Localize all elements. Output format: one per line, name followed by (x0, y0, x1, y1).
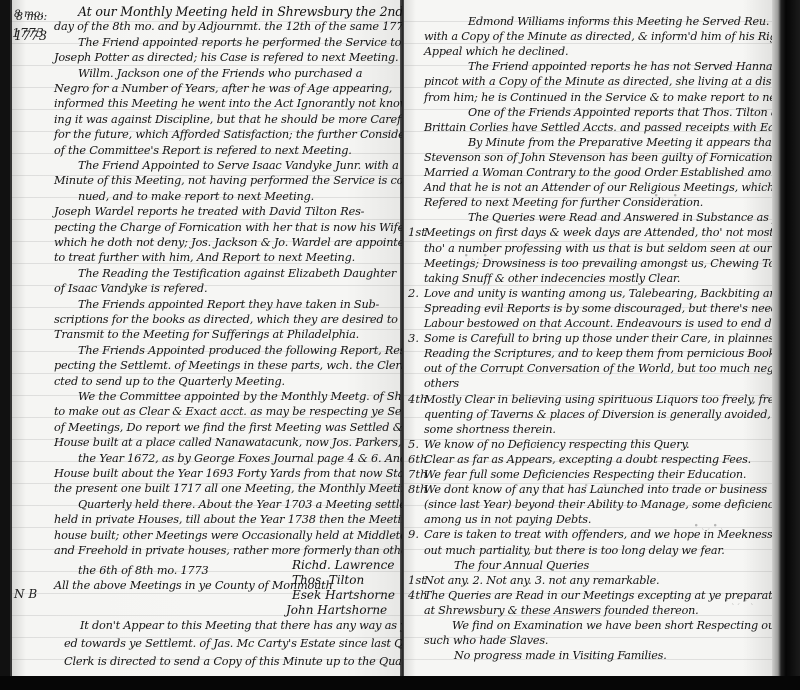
text-line: pecting the Charge of Fornication with h… (54, 220, 402, 236)
left-page-text: At our Monthly Meeting held in Shrewsbur… (10, 0, 402, 676)
signature: Esek Hartshorne (292, 588, 395, 602)
text-line: And that he is not an Attender of our Re… (424, 180, 772, 196)
text-line: Joseph Wardel reports he treated with Da… (54, 204, 364, 220)
text-line: Negro for a Number of Years, after he wa… (54, 81, 392, 97)
bleed-through-marks: ∙ ˎ ˏ ∙ ˎ (704, 60, 733, 71)
signature: Thos. Tilton (292, 573, 364, 587)
bleed-through-marks: ∙ ˎ ˏ ∙ ˎ (584, 480, 613, 491)
text-line: to make out as Clear & Exact acct. as ma… (54, 404, 402, 420)
text-line: Brittain Corlies have Settled Accts. and… (424, 120, 772, 136)
text-line: We the Committee appointed by the Monthl… (78, 389, 402, 405)
text-line: scriptions for the books as directed, wh… (54, 312, 398, 328)
text-line: The Friends appointed Report they have t… (78, 297, 379, 313)
bleed-through-marks: ∙ ˎ ˏ ∙ ˎ (654, 190, 683, 201)
text-line: Quarterly held there. About the Year 170… (78, 497, 402, 513)
text-line: Mostly Clear in believing using spirituo… (424, 392, 772, 408)
text-line: ing it was against Discipline, but that … (54, 112, 402, 128)
text-line: pecting the Settlemt. of Meetings in the… (54, 358, 402, 374)
query-number: 4th (408, 392, 427, 406)
text-line: No progress made in Visiting Families. (454, 648, 667, 664)
text-line: the Year 1672, as by George Foxes Journa… (78, 451, 402, 467)
text-line: Meetings on first days & week days are A… (424, 225, 772, 241)
query-number: 1st (408, 573, 426, 587)
text-line: By Minute from the Preparative Meeting i… (468, 135, 772, 151)
text-line: Joseph Potter as directed; his Case is r… (54, 50, 398, 66)
text-line: It don't Appear to this Meeting that the… (80, 618, 402, 634)
text-line: such who hade Slaves. (424, 633, 548, 649)
text-line: Transmit to the Meeting for Sufferings a… (54, 327, 359, 343)
text-line: Appeal which he declined. (424, 44, 568, 60)
text-line: The four Annual Queries (454, 558, 589, 574)
text-line: One of the Friends Appointed reports tha… (468, 105, 772, 121)
text-line: day of the 8th mo. and by Adjournmt. the… (54, 19, 402, 35)
text-line: quenting of Taverns & places of Diversio… (424, 407, 772, 423)
page-edge-right (772, 0, 800, 690)
text-line: informed this Meeting he went into the A… (54, 96, 402, 112)
query-number: 2. (408, 286, 419, 300)
text-line: held in private Houses, till about the Y… (54, 512, 402, 528)
text-line: Married a Woman Contrary to the good Ord… (424, 165, 772, 181)
text-line: House built about the Year 1693 Forty Ya… (54, 466, 402, 482)
query-number: 8th (408, 482, 427, 496)
text-line: Labour bestowed on that Account. Endeavo… (424, 316, 772, 332)
query-number: 6th (408, 452, 427, 466)
text-line: some shortness therein. (424, 422, 556, 438)
text-line: among us in not paying Debts. (424, 512, 591, 528)
query-number: 7th (408, 467, 427, 481)
text-line: cted to send up to the Quarterly Meeting… (54, 374, 285, 390)
text-line: Clear as far as Appears, excepting a dou… (424, 452, 751, 468)
right-page-text: Edmond Williams informs this Meeting he … (404, 0, 772, 676)
text-line: out of the Corrupt Conversation of the W… (424, 361, 772, 377)
text-line: to treat further with him, And Report to… (54, 250, 355, 266)
text-line: The Friends Appointed produced the follo… (78, 343, 402, 359)
text-line: nued, and to make report to next Meeting… (78, 189, 314, 205)
query-number: 1st (408, 225, 426, 239)
query-number: 3. (408, 331, 419, 345)
text-line: the 6th of 8th mo. 1773 (78, 563, 209, 579)
text-line: Spreading evil Reports is by some discou… (424, 301, 772, 317)
text-line: We find on Examination we have been shor… (452, 618, 772, 634)
text-line: pincot with a Copy of the Minute as dire… (424, 74, 772, 90)
text-line: Stevenson son of John Stevenson has been… (424, 150, 772, 166)
text-line: The Friend appointed reports he performe… (78, 35, 401, 51)
query-number: 9. (408, 527, 419, 541)
text-line: out much partiality, but there is too lo… (424, 543, 725, 559)
text-line: Love and unity is wanting among us, Tale… (424, 286, 772, 302)
text-line: We know of no Deficiency respecting this… (424, 437, 689, 453)
text-line: others (424, 376, 459, 392)
signature: John Hartshorne (286, 603, 387, 617)
text-line: at Shrewsbury & these Answers founded th… (424, 603, 698, 619)
bleed-through-marks: ∙ ˎ ˏ ∙ ˎ (694, 520, 723, 531)
text-line: Some is Carefull to bring up those under… (424, 331, 772, 347)
margin-note-nb: N B (14, 588, 37, 601)
text-line: of Meetings, Do report we find the first… (54, 420, 402, 436)
text-line: Edmond Williams informs this Meeting he … (468, 14, 772, 30)
margin-date: 1773 (12, 26, 44, 39)
text-line: All the above Meetings in ye County of M… (54, 578, 333, 594)
text-line: ed towards ye Settlemt. of Jas. Mc Carty… (64, 636, 402, 652)
page-edge-bottom (0, 676, 800, 690)
text-line: Willm. Jackson one of the Friends who pu… (78, 66, 362, 82)
bleed-through-marks: ∙ ˎ ˏ ∙ ˎ (464, 250, 493, 261)
text-line: Reading the Scriptures, and to keep them… (424, 346, 772, 362)
text-line: taking Snuff & other indecencies mostly … (424, 271, 680, 287)
signature: Richd. Lawrence (292, 558, 394, 572)
text-line: for the future, which Afforded Satisfact… (54, 127, 402, 143)
bleed-through-marks: ∙ ˎ ˏ ∙ ˎ (724, 595, 753, 606)
text-line: At our Monthly Meeting held in Shrewsbur… (78, 4, 402, 20)
text-line: Clerk is directed to send a Copy of this… (64, 654, 402, 670)
text-line: House built at a place called Nanawatacu… (54, 435, 402, 451)
margin-date: 8 mo: (14, 8, 44, 21)
query-number: 5. (408, 437, 419, 451)
query-number: 4th (408, 588, 427, 602)
text-line: Minute of this Meeting, not having perfo… (54, 173, 402, 189)
text-line: house built; other Meetings were Occasio… (54, 528, 402, 544)
text-line: The Queries were Read and Answered in Su… (468, 210, 772, 226)
text-line: with a Copy of the Minute as directed, &… (424, 29, 772, 45)
text-line: The Friend Appointed to Serve Isaac Vand… (78, 158, 402, 174)
bleed-through-marks: ∙ ˎ ˏ ∙ ˎ (604, 650, 633, 661)
text-line: and Freehold in private houses, rather m… (54, 543, 402, 559)
text-line: of the Committee's Report is refered to … (54, 143, 352, 159)
text-line: The Reading the Testification against El… (78, 266, 396, 282)
text-line: from him; he is Continued in the Service… (424, 90, 772, 106)
text-line: which he doth not deny; Jos. Jackson & J… (54, 235, 402, 251)
bleed-through-marks: ∙ ˎ ˏ ∙ ˎ (514, 440, 543, 451)
text-line: of Isaac Vandyke is refered. (54, 281, 207, 297)
text-line: the present one built 1717 all one Meeti… (54, 481, 402, 497)
text-line: (since last Year) beyond their Ability t… (424, 497, 772, 513)
text-line: Not any. 2. Not any. 3. not any remarkab… (424, 573, 659, 589)
text-line: The Queries are Read in our Meetings exc… (424, 588, 772, 604)
